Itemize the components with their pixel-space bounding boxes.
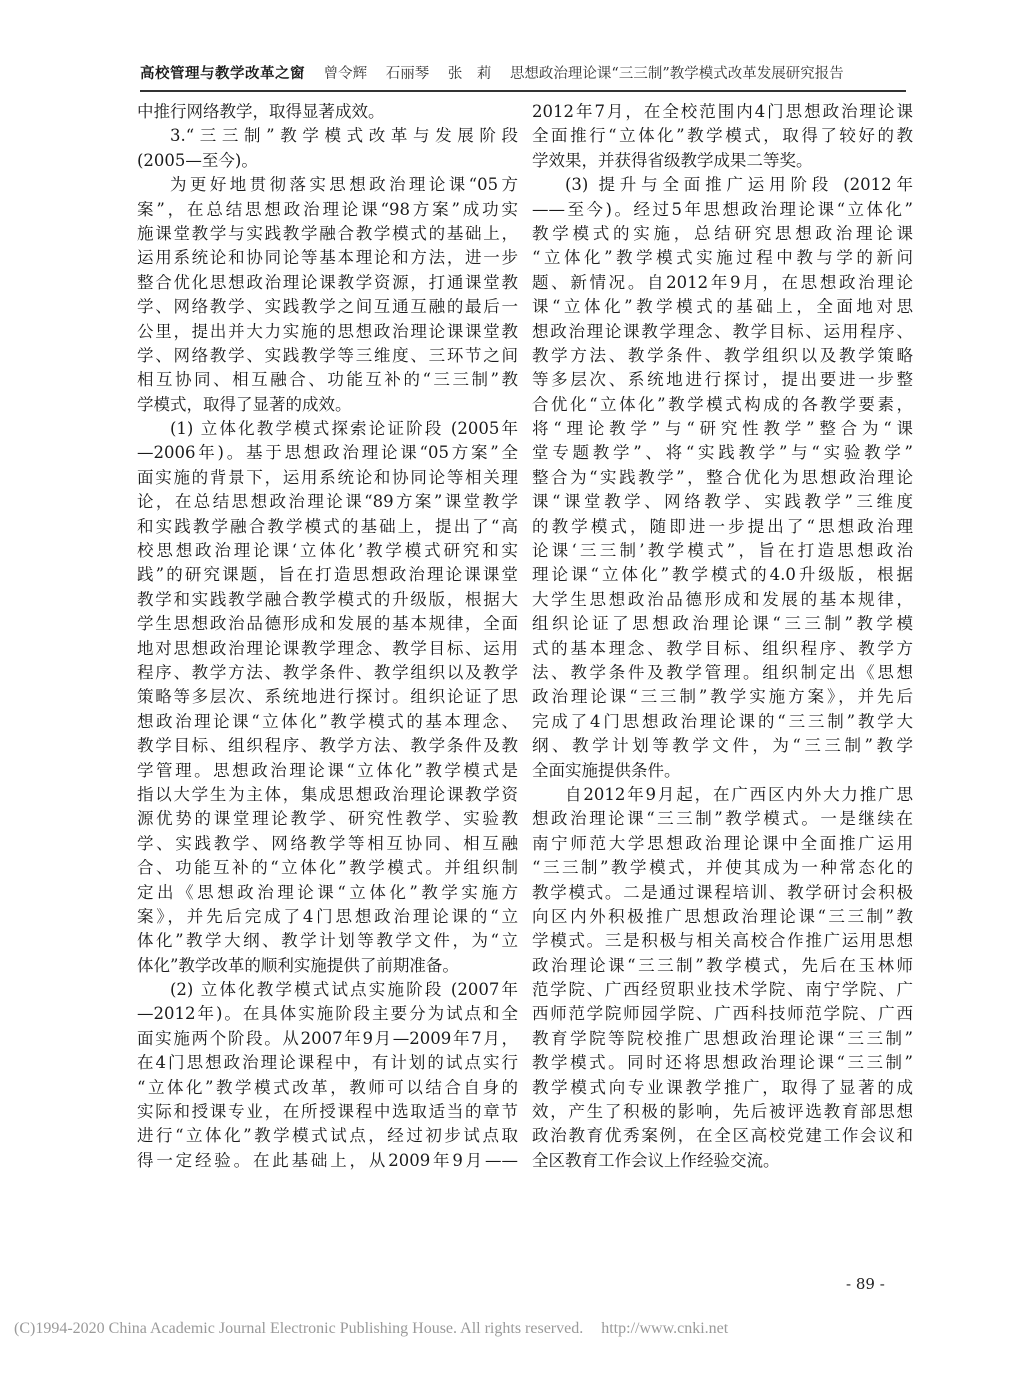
text-line: 学、网络教学、实践教学等三维度、三环节之间 bbox=[137, 344, 518, 368]
text-line: 践”的研究课题，旨在打造思想政治理论课课堂 bbox=[137, 563, 518, 587]
text-line: 学、实践教学、网络教学等相互协同、相互融 bbox=[137, 832, 518, 856]
text-line: 教学模式的实施，总结研究思想政治理论课 bbox=[532, 222, 913, 246]
text-line: 纲、教学计划等教学文件，为“三三制”教学 bbox=[532, 734, 913, 758]
text-line: 政治教育优秀案例，在全区高校党建工作会议和 bbox=[532, 1124, 913, 1148]
text-line: 的教学模式，随即进一步提出了“思想政治理 bbox=[532, 515, 913, 539]
text-line: 体化”教学改革的顺利实施提供了前期准备。 bbox=[137, 954, 518, 978]
text-line: 学效果，并获得省级教学成果二等奖。 bbox=[532, 149, 913, 173]
text-line: ——至今)。经过5年思想政治理论课“立体化” bbox=[532, 198, 913, 222]
copyright-notice: (C)1994-2020 China Academic Journal Elec… bbox=[14, 1320, 728, 1338]
text-line: 源优势的课堂理论教学、研究性教学、实验教 bbox=[137, 807, 518, 831]
text-line: 想政治理论课“三三制”教学模式。一是继续在 bbox=[532, 807, 913, 831]
text-line: 面实施的背景下，运用系统论和协同论等相关理 bbox=[137, 466, 518, 490]
text-line: 教学目标、组织程序、教学方法、教学条件及教 bbox=[137, 734, 518, 758]
text-line: 政治理论课“三三制”教学模式，先后在玉林师 bbox=[532, 954, 913, 978]
text-line: 得一定经验。在此基础上，从2009年9月—— bbox=[137, 1149, 518, 1173]
text-line: 课“课堂教学、网络教学、实践教学”三维度 bbox=[532, 490, 913, 514]
running-header: 高校管理与教学改革之窗 曾令辉 石丽琴 张 莉 思想政治理论课“三三制”教学模式… bbox=[140, 62, 906, 92]
text-line: 学生思想政治品德形成和发展的基本规律，全面 bbox=[137, 612, 518, 636]
text-line: 理论课“立体化”教学模式的4.0升级版，根据 bbox=[532, 563, 913, 587]
text-line: 2012年7月，在全校范围内4门思想政治理论课 bbox=[532, 100, 913, 124]
text-line: 想政治理论课“立体化”教学模式的基本理念、 bbox=[137, 710, 518, 734]
text-line: 论，在总结思想政治理论课“89方案”课堂教学 bbox=[137, 490, 518, 514]
left-text-column: 中推行网络教学，取得显著成效。3.“三三制”教学模式改革与发展阶段(2005—至… bbox=[137, 100, 518, 1173]
text-line: 合优化“立体化”教学模式构成的各教学要素， bbox=[532, 393, 913, 417]
text-line: 南宁师范大学思想政治理论课中全面推广运用 bbox=[532, 832, 913, 856]
author-name: 曾令辉 bbox=[324, 66, 368, 82]
text-line: 面实施两个阶段。从2007年9月—2009年7月， bbox=[137, 1027, 518, 1051]
text-line: 策略等多层次、系统地进行探讨。组织论证了思 bbox=[137, 685, 518, 709]
text-line: 整合优化思想政治理论课教学资源，打通课堂教 bbox=[137, 271, 518, 295]
text-line: 整合为“实践教学”，整合优化为思想政治理论 bbox=[532, 466, 913, 490]
copyright-text: (C)1994-2020 China Academic Journal Elec… bbox=[14, 1320, 583, 1337]
text-line: 为更好地贯彻落实思想政治理论课“05方 bbox=[137, 173, 518, 197]
text-line: 全面实施提供条件。 bbox=[532, 759, 913, 783]
text-line: 范学院、广西经贸职业技术学院、南宁学院、广 bbox=[532, 978, 913, 1002]
text-line: —2012年)。在具体实施阶段主要分为试点和全 bbox=[137, 1002, 518, 1026]
text-line: 全区教育工作会议上作经验交流。 bbox=[532, 1149, 913, 1173]
text-line: 3.“三三制”教学模式改革与发展阶段 bbox=[137, 124, 518, 148]
text-line: 指以大学生为主体，集成思想政治理论课教学资 bbox=[137, 783, 518, 807]
text-line: 实际和授课专业，在所授课程中选取适当的章节 bbox=[137, 1100, 518, 1124]
text-line: “立体化”教学模式改革，教师可以结合自身的 bbox=[137, 1076, 518, 1100]
text-line: 学管理。思想政治理论课“立体化”教学模式是 bbox=[137, 759, 518, 783]
text-line: “三三制”教学模式，并使其成为一种常态化的 bbox=[532, 856, 913, 880]
text-line: 题、新情况。自2012年9月，在思想政治理论 bbox=[532, 271, 913, 295]
text-line: 式的基本理念、教学目标、组织程序、教学方 bbox=[532, 637, 913, 661]
article-title: 思想政治理论课“三三制”教学模式改革发展研究报告 bbox=[510, 66, 844, 82]
text-line: 政治理论课“三三制”教学实施方案》，并先后 bbox=[532, 685, 913, 709]
text-line: 堂专题教学”、将“实践教学”与“实验教学” bbox=[532, 441, 913, 465]
text-line: 教学模式。同时还将思想政治理论课“三三制” bbox=[532, 1051, 913, 1075]
text-line: 和实践教学融合教学模式的基础上，提出了“高 bbox=[137, 515, 518, 539]
text-line: 等多层次、系统地进行探讨，提出要进一步整 bbox=[532, 368, 913, 392]
text-line: 论课‘三三制’教学模式”，旨在打造思想政治 bbox=[532, 539, 913, 563]
text-line: 法、教学条件及教学管理。组织制定出《思想 bbox=[532, 661, 913, 685]
text-line: 大学生思想政治品德形成和发展的基本规律， bbox=[532, 588, 913, 612]
author-name: 张 莉 bbox=[448, 66, 492, 82]
text-line: 全面推行“立体化”教学模式，取得了较好的教 bbox=[532, 124, 913, 148]
page-number: - 89 - bbox=[846, 1275, 885, 1293]
text-line: (2005—至今)。 bbox=[137, 149, 518, 173]
text-line: 想政治理论课教学理念、教学目标、运用程序、 bbox=[532, 320, 913, 344]
text-line: 向区内外积极推广思想政治理论课“三三制”教 bbox=[532, 905, 913, 929]
text-line: 运用系统论和协同论等基本理论和方法，进一步 bbox=[137, 246, 518, 270]
text-line: (3) 提升与全面推广运用阶段 (2012年 bbox=[532, 173, 913, 197]
text-line: 中推行网络教学，取得显著成效。 bbox=[137, 100, 518, 124]
text-line: 公里，提出并大力实施的思想政治理论课课堂教 bbox=[137, 320, 518, 344]
text-line: 将“理论教学”与“研究性教学”整合为“课 bbox=[532, 417, 913, 441]
text-line: 教学和实践教学融合教学模式的升级版，根据大 bbox=[137, 588, 518, 612]
right-text-column: 2012年7月，在全校范围内4门思想政治理论课全面推行“立体化”教学模式，取得了… bbox=[532, 100, 913, 1173]
text-line: 校思想政治理论课‘立体化’教学模式研究和实 bbox=[137, 539, 518, 563]
text-line: 教学模式向专业课教学推广，取得了显著的成 bbox=[532, 1076, 913, 1100]
text-line: 在4门思想政治理论课程中，有计划的试点实行 bbox=[137, 1051, 518, 1075]
text-line: 程序、教学方法、教学条件、教学组织以及教学 bbox=[137, 661, 518, 685]
text-line: 教育学院等院校推广思想政治理论课“三三制” bbox=[532, 1027, 913, 1051]
text-line: 西师范学院师园学院、广西科技师范学院、广西 bbox=[532, 1002, 913, 1026]
text-line: (1) 立体化教学模式探索论证阶段 (2005年 bbox=[137, 417, 518, 441]
text-line: 学模式，取得了显著的成效。 bbox=[137, 393, 518, 417]
journal-column-name: 高校管理与教学改革之窗 bbox=[140, 66, 305, 82]
text-line: 定出《思想政治理论课“立体化”教学实施方 bbox=[137, 881, 518, 905]
text-line: 效，产生了积极的影响，先后被评选教育部思想 bbox=[532, 1100, 913, 1124]
text-line: —2006年)。基于思想政治理论课“05方案”全 bbox=[137, 441, 518, 465]
text-line: 学模式。三是积极与相关高校合作推广运用思想 bbox=[532, 929, 913, 953]
text-line: 体化”教学大纲、教学计划等教学文件，为“立 bbox=[137, 929, 518, 953]
text-line: 施课堂教学与实践教学融合教学模式的基础上， bbox=[137, 222, 518, 246]
text-line: 进行“立体化”教学模式试点，经过初步试点取 bbox=[137, 1124, 518, 1148]
text-line: 教学方法、教学条件、教学组织以及教学策略 bbox=[532, 344, 913, 368]
text-line: (2) 立体化教学模式试点实施阶段 (2007年 bbox=[137, 978, 518, 1002]
text-line: 自2012年9月起，在广西区内外大力推广思 bbox=[532, 783, 913, 807]
text-line: 学、网络教学、实践教学之间互通互融的最后一 bbox=[137, 295, 518, 319]
text-line: “立体化”教学模式实施过程中教与学的新问 bbox=[532, 246, 913, 270]
text-line: 合、功能互补的“立体化”教学模式。并组织制 bbox=[137, 856, 518, 880]
text-line: 地对思想政治理论课教学理念、教学目标、运用 bbox=[137, 637, 518, 661]
text-line: 课“立体化”教学模式的基础上，全面地对思 bbox=[532, 295, 913, 319]
author-name: 石丽琴 bbox=[386, 66, 430, 82]
text-line: 组织论证了思想政治理论课“三三制”教学模 bbox=[532, 612, 913, 636]
text-line: 完成了4门思想政治理论课的“三三制”教学大 bbox=[532, 710, 913, 734]
text-line: 相互协同、相互融合、功能互补的“三三制”教 bbox=[137, 368, 518, 392]
text-line: 案”，在总结思想政治理论课“98方案”成功实 bbox=[137, 198, 518, 222]
text-line: 案》，并先后完成了4门思想政治理论课的“立 bbox=[137, 905, 518, 929]
cnki-url: http://www.cnki.net bbox=[601, 1320, 728, 1337]
text-line: 教学模式。二是通过课程培训、教学研讨会积极 bbox=[532, 881, 913, 905]
